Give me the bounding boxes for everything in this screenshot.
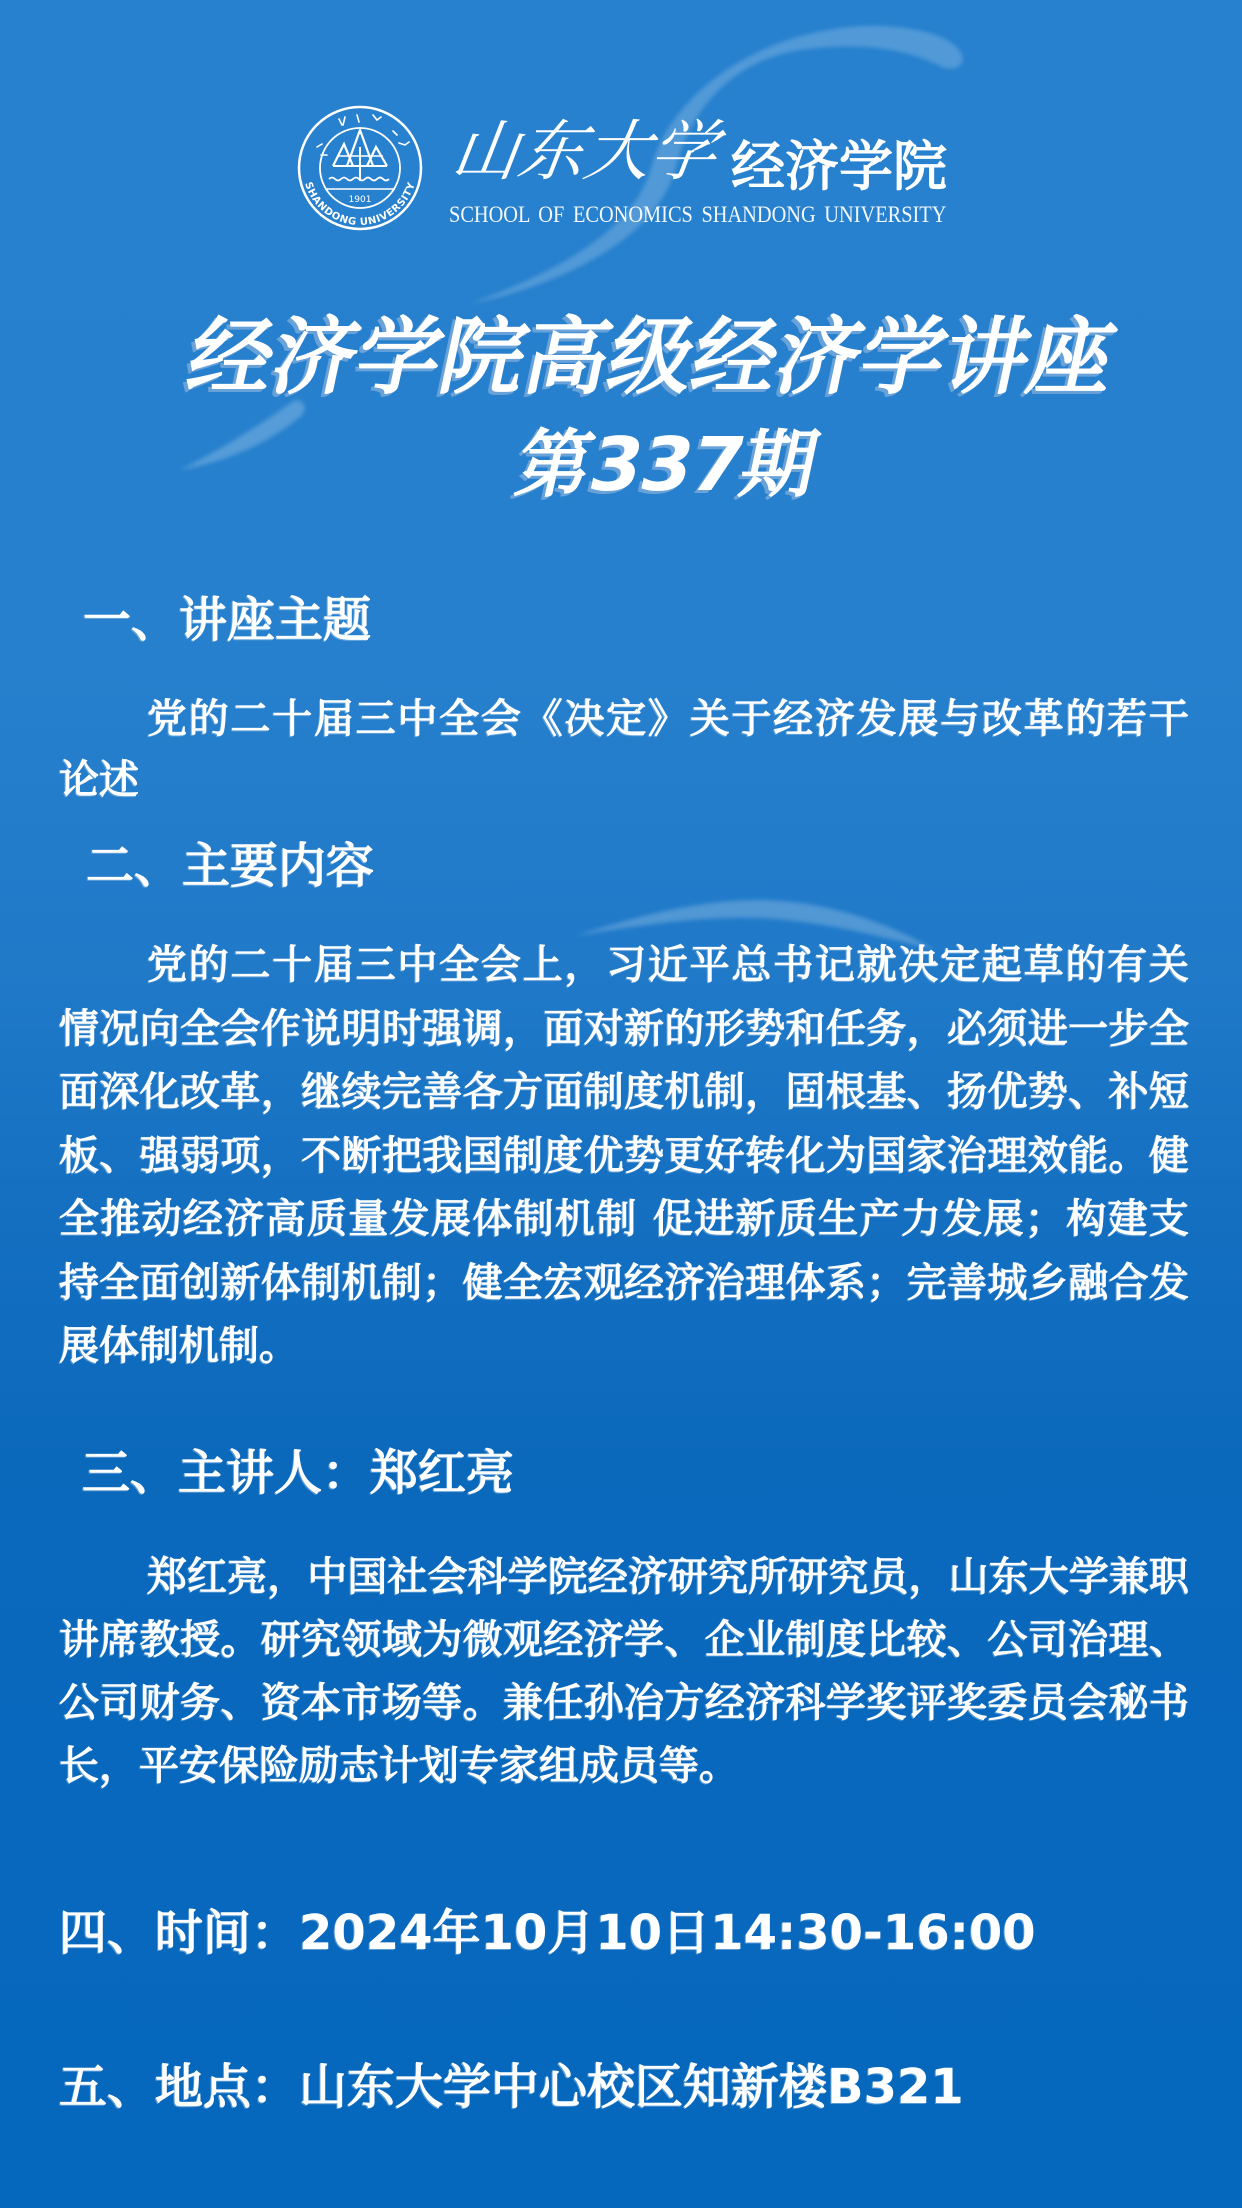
lecture-series-title: 经济学院高级经济学讲座 [181,315,1127,399]
paragraph-line: 持全面创新体制机制；健全宏观经济治理体系；完善城乡融合发 [59,1252,1189,1316]
university-seal-icon: 1901 SHANDONG UNIVERSITY [295,103,425,233]
paragraph-line: 情况向全会作说明时强调，面对新的形势和任务，必须进一步全 [59,998,1189,1062]
section-heading-location: 五、地点：山东大学中心校区知新楼B321 [59,2063,964,2111]
section-label: 三、主讲人： [82,1445,370,1501]
paragraph-line: 全推动经济高质量发展体制机制 促进新质生产力发展；构建支 [59,1188,1189,1252]
section-label: 二、主要内容 [86,838,374,894]
university-name-calligraphy: 山东大学 [447,112,722,192]
paragraph-line: 论述 [59,750,1189,811]
svg-text:1901: 1901 [349,195,372,205]
paragraph-line: 面深化改革，继续完善各方面制度机制，固根基、扬优势、补短 [59,1061,1189,1125]
left-title-streak [180,400,305,470]
lecture-location: 山东大学中心校区知新楼B321 [299,2059,964,2115]
speaker-name: 郑红亮 [370,1445,514,1501]
lecture-poster: 1901 SHANDONG UNIVERSITY 山东大学 经济学院 SCHOO… [0,0,1242,2208]
lecture-datetime: 2024年10月10日14:30-16:00 [299,1905,1036,1961]
speaker-bio-paragraph: 郑红亮，中国社会科学院经济研究所研究员，山东大学兼职 讲席教授。研究领域为微观经… [59,1546,1189,1798]
paragraph-line: 长，平安保险励志计划专家组成员等。 [59,1735,1189,1798]
section-heading-topic: 一、讲座主题 [83,596,371,644]
paragraph-line: 公司财务、资本市场等。兼任孙冶方经济科学奖评奖委员会秘书 [59,1672,1189,1735]
section-label: 四、时间： [59,1905,299,1961]
paragraph-line: 党的二十届三中全会《决定》关于经济发展与改革的若干 [59,689,1189,750]
paragraph-line: 展体制机制。 [59,1315,1189,1379]
school-name-en: SCHOOL OF ECONOMICS SHANDONG UNIVERSITY [449,203,946,227]
paragraph-line: 板、强弱项，不断把我国制度优势更好转化为国家治理效能。健 [59,1125,1189,1189]
paragraph-line: 讲席教授。研究领域为微观经济学、企业制度比较、公司治理、 [59,1609,1189,1672]
section-heading-time: 四、时间：2024年10月10日14:30-16:00 [59,1909,1036,1957]
topic-paragraph: 党的二十届三中全会《决定》关于经济发展与改革的若干 论述 [59,689,1189,811]
section-label: 一、讲座主题 [83,592,371,648]
section-heading-speaker: 三、主讲人：郑红亮 [82,1449,514,1497]
paragraph-line: 党的二十届三中全会上，习近平总书记就决定起草的有关 [59,934,1189,998]
content-paragraph: 党的二十届三中全会上，习近平总书记就决定起草的有关 情况向全会作说明时强调，面对… [59,934,1189,1379]
section-heading-content: 二、主要内容 [86,842,374,890]
lecture-issue-number: 第337期 [509,425,823,505]
school-name-cn: 经济学院 [731,138,947,194]
section-label: 五、地点： [59,2059,299,2115]
paragraph-line: 郑红亮，中国社会科学院经济研究所研究员，山东大学兼职 [59,1546,1189,1609]
